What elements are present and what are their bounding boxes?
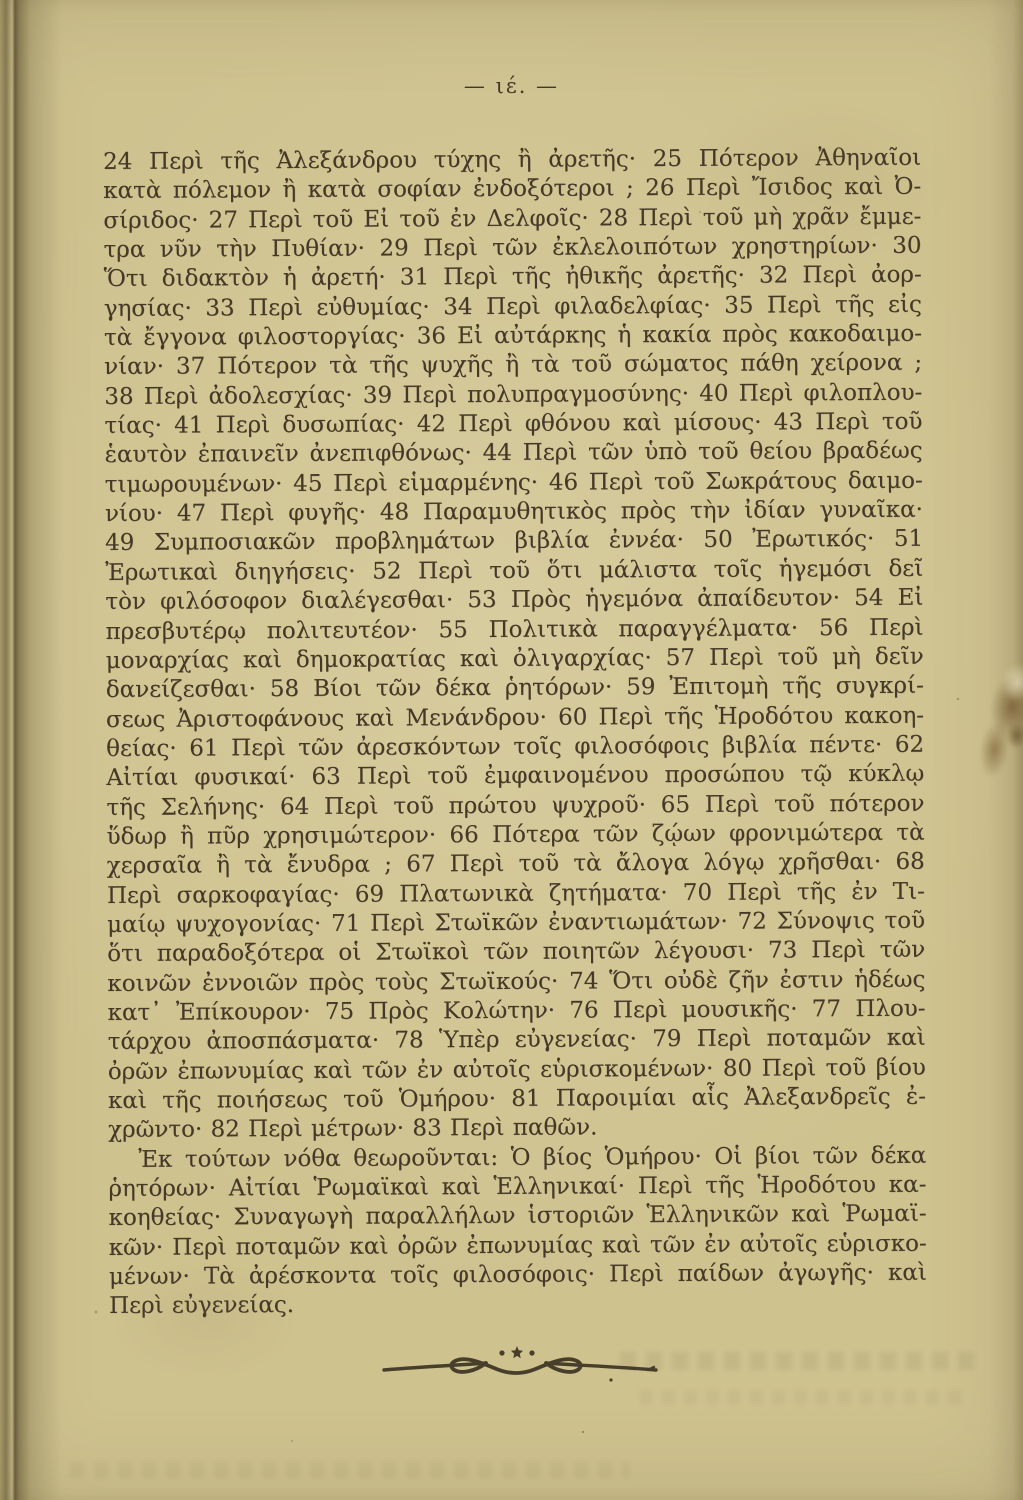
text-line: νίαν· 37 Πότερον τὰ τῆς ψυχῆς ἢ τὰ τοῦ σ…	[104, 349, 922, 383]
margin-stain	[964, 646, 1023, 794]
text-line: τίας· 41 Περὶ δυσωπίας· 42 Περὶ φθόνου κ…	[104, 408, 922, 442]
text-line: 24 Περὶ τῆς Ἀλεξάνδρου τύχης ἢ ἀρετῆς· 2…	[103, 144, 921, 178]
text-line: Αἰτίαι φυσικαί· 63 Περὶ τοῦ ἐμφαινομένου…	[106, 760, 924, 794]
text-line: Περὶ εὐγενείας.	[109, 1288, 927, 1322]
text-line: ἑαυτὸν ἐπαινεῖν ἀνεπιφθόνως· 44 Περὶ τῶν…	[105, 437, 923, 471]
text-line: κῶν· Περὶ ποταμῶν καὶ ὀρῶν ἐπωνυμίας καὶ…	[109, 1229, 927, 1263]
text-block: 24 Περὶ τῆς Ἀλεξάνδρου τύχης ἢ ἀρετῆς· 2…	[103, 144, 927, 1322]
text-line: χερσαῖα ἢ τὰ ἔνυδρα ; 67 Περὶ τοῦ τὰ ἄλο…	[107, 848, 925, 882]
text-line: Ἐρωτικαὶ διηγήσεις· 52 Περὶ τοῦ ὅτι μάλι…	[105, 555, 923, 589]
text-line: 38 Περὶ ἀδολεσχίας· 39 Περὶ πολυπραγμοσύ…	[104, 378, 922, 412]
text-line: κοινῶν ἐννοιῶν πρὸς τοὺς Στωϊκούς· 74 Ὅτ…	[107, 965, 925, 999]
text-line: χρῶντο· 82 Περὶ μέτρων· 83 Περὶ παθῶν.	[108, 1112, 926, 1146]
text-line: 49 Συμποσιακῶν προβλημάτων βιβλία ἐννέα·…	[105, 525, 923, 559]
text-line: καὶ τῆς ποιήσεως τοῦ Ὁμήρου· 81 Παροιμία…	[108, 1083, 926, 1117]
text-line: τὰ ἔγγονα φιλοστοργίας· 36 Εἰ αὐτάρκης ἡ…	[104, 320, 922, 354]
text-line: κατὰ πόλεμον ἢ κατὰ σοφίαν ἐνδοξότεροι ;…	[103, 173, 921, 207]
text-line: γησίας· 33 Περὶ εὐθυμίας· 34 Περὶ φιλαδε…	[104, 290, 922, 324]
text-line: τάρχου ἀποσπάσματα· 78 Ὑπὲρ εὐγενείας· 7…	[108, 1024, 926, 1058]
text-line: ῥητόρων· Αἰτίαι Ῥωμαϊκαὶ καὶ Ἑλληνικαί· …	[108, 1171, 926, 1205]
text-line: ὅτι παραδοξότερα οἱ Στωϊκοὶ τῶν ποιητῶν …	[107, 936, 925, 970]
text-line: μένων· Τὰ ἀρέσκοντα τοῖς φιλοσόφοις· Περ…	[109, 1259, 927, 1293]
text-line: σεως Ἀριστοφάνους καὶ Μενάνδρου· 60 Περὶ…	[106, 701, 924, 735]
text-line: τρα νῦν τὴν Πυθίαν· 29 Περὶ τῶν ἐκλελοιπ…	[103, 232, 921, 266]
text-line: Περὶ σαρκοφαγίας· 69 Πλατωνικὰ ζητήματα·…	[107, 877, 925, 911]
text-line: θείας· 61 Περὶ τῶν ἀρεσκόντων τοῖς φιλοσ…	[106, 731, 924, 765]
text-line: Ὅτι διδακτὸν ἡ ἀρετή· 31 Περὶ τῆς ἠθικῆς…	[104, 261, 922, 295]
text-line: Ἐκ τούτων νόθα θεωροῦνται: Ὁ βίος Ὁμήρου…	[108, 1141, 926, 1175]
text-line: ὀρῶν ἐπωνυμίας καὶ τῶν ἐν αὐτοῖς εὑρισκο…	[108, 1053, 926, 1087]
catalog-paragraph: 24 Περὶ τῆς Ἀλεξάνδρου τύχης ἢ ἀρετῆς· 2…	[103, 144, 926, 1146]
text-line: κοηθείας· Συναγωγὴ παραλλήλων ἱστοριῶν Ἑ…	[109, 1200, 927, 1234]
text-line: μοναρχίας καὶ δημοκρατίας καὶ ὀλιγαρχίας…	[106, 643, 924, 677]
text-line: μαίῳ ψυχογονίας· 71 Περὶ Στωϊκῶν ἐναντιω…	[107, 907, 925, 941]
page-gutter-edge	[0, 0, 62, 1500]
text-line: τῆς Σελήνης· 64 Περὶ τοῦ πρώτου ψυχροῦ· …	[106, 789, 924, 823]
showthrough-ghost	[620, 1352, 980, 1370]
text-line: ὕδωρ ἢ πῦρ χρησιμώτερον· 66 Πότερα τῶν ζ…	[107, 819, 925, 853]
showthrough-ghost	[640, 1390, 970, 1405]
text-line: νίου· 47 Περὶ φυγῆς· 48 Παραμυθητικὸς πρ…	[105, 496, 923, 530]
spurious-works-paragraph: Ἐκ τούτων νόθα θεωροῦνται: Ὁ βίος Ὁμήρου…	[108, 1141, 927, 1321]
text-line: κατ᾽ Ἐπίκουρον· 75 Πρὸς Κολώτην· 76 Περὶ…	[107, 995, 925, 1029]
text-line: τὸν φιλόσοφον διαλέγεσθαι· 53 Πρὸς ἡγεμό…	[105, 584, 923, 618]
text-line: δανείζεσθαι· 58 Βίοι τῶν δέκα ῥητόρων· 5…	[106, 672, 924, 706]
showthrough-ghost	[70, 1462, 630, 1478]
text-line: πρεσβυτέρῳ πολιτευτέον· 55 Πολιτικὰ παρα…	[105, 613, 923, 647]
book-page: — ιέ. — 24 Περὶ τῆς Ἀλεξάνδρου τύχης ἢ ἀ…	[0, 0, 1023, 1500]
text-line: τιμωρουμένων· 45 Περὶ εἱμαρμένης· 46 Περ…	[105, 466, 923, 500]
tailpiece-ornament-icon	[380, 1344, 660, 1388]
text-line: σίριδος· 27 Περὶ τοῦ Εἰ τοῦ ἐν Δελφοῖς· …	[103, 202, 921, 236]
page-number: — ιέ. —	[0, 74, 1023, 98]
